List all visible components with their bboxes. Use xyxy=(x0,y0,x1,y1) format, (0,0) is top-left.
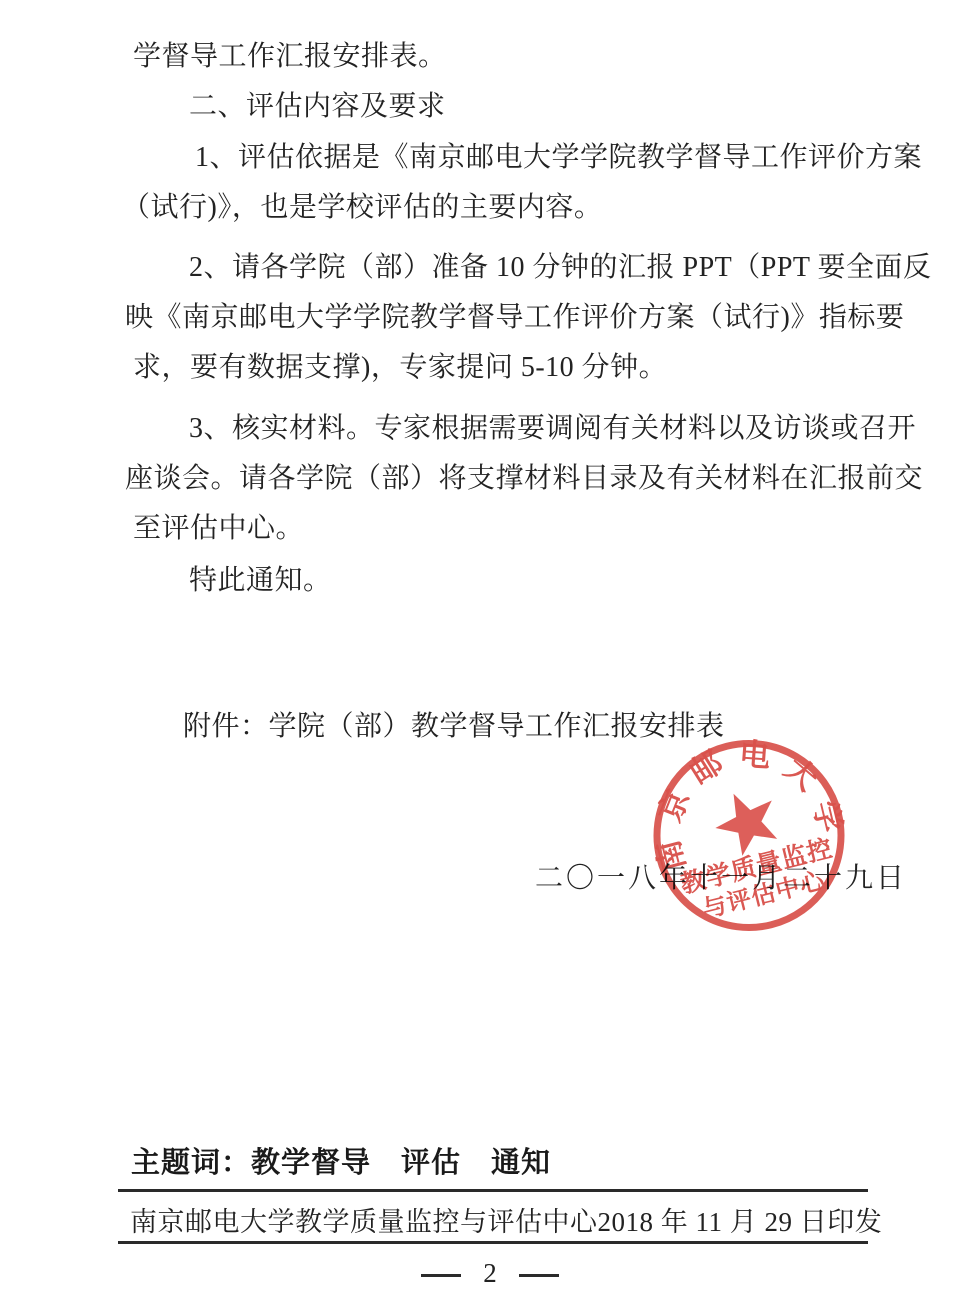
colophon: 南京邮电大学教学质量监控与评估中心 2018 年 11 月 29 日印发 xyxy=(118,1200,868,1239)
body-line: （试行)》，也是学校评估的主要内容。 xyxy=(122,191,602,225)
official-seal: 南京邮电大学 教学质量监控 与评估中心 xyxy=(650,736,848,936)
body-line: 特此通知。 xyxy=(189,564,332,598)
body-line: 求，要有数据支撑)，专家提问 5-10 分钟。 xyxy=(133,351,667,385)
body-line: 至评估中心。 xyxy=(133,512,304,546)
attachment-line: 附件：学院（部）教学督导工作汇报安排表 xyxy=(183,710,725,744)
divider-bottom xyxy=(118,1241,868,1244)
subject-keywords-line: 主题词：教学督导 评估 通知 xyxy=(131,1140,551,1181)
body-line: 3、核实材料。专家根据需要调阅有关材料以及访谈或召开 xyxy=(189,412,916,446)
section-heading: 二、评估内容及要求 xyxy=(189,90,446,124)
page-number-dash xyxy=(519,1274,559,1277)
body-line: 映《南京邮电大学学院教学督导工作评价方案（试行)》指标要 xyxy=(125,301,904,335)
body-line: 1、评估依据是《南京邮电大学学院教学督导工作评价方案 xyxy=(195,141,922,175)
divider-top xyxy=(118,1189,868,1192)
print-date: 2018 年 11 月 29 日印发 xyxy=(598,1200,883,1239)
page-number-dash xyxy=(421,1274,461,1277)
document-page: 学督导工作汇报安排表。 二、评估内容及要求 1、评估依据是《南京邮电大学学院教学… xyxy=(0,0,980,1311)
body-line: 座谈会。请各学院（部）将支撑材料目录及有关材料在汇报前交 xyxy=(125,462,923,496)
page-number: 2 xyxy=(0,1258,980,1289)
issuing-office: 南京邮电大学教学质量监控与评估中心 xyxy=(118,1200,598,1239)
page-number-value: 2 xyxy=(483,1258,497,1289)
body-line: 学督导工作汇报安排表。 xyxy=(133,40,447,74)
body-line: 2、请各学院（部）准备 10 分钟的汇报 PPT（PPT 要全面反 xyxy=(189,251,932,285)
